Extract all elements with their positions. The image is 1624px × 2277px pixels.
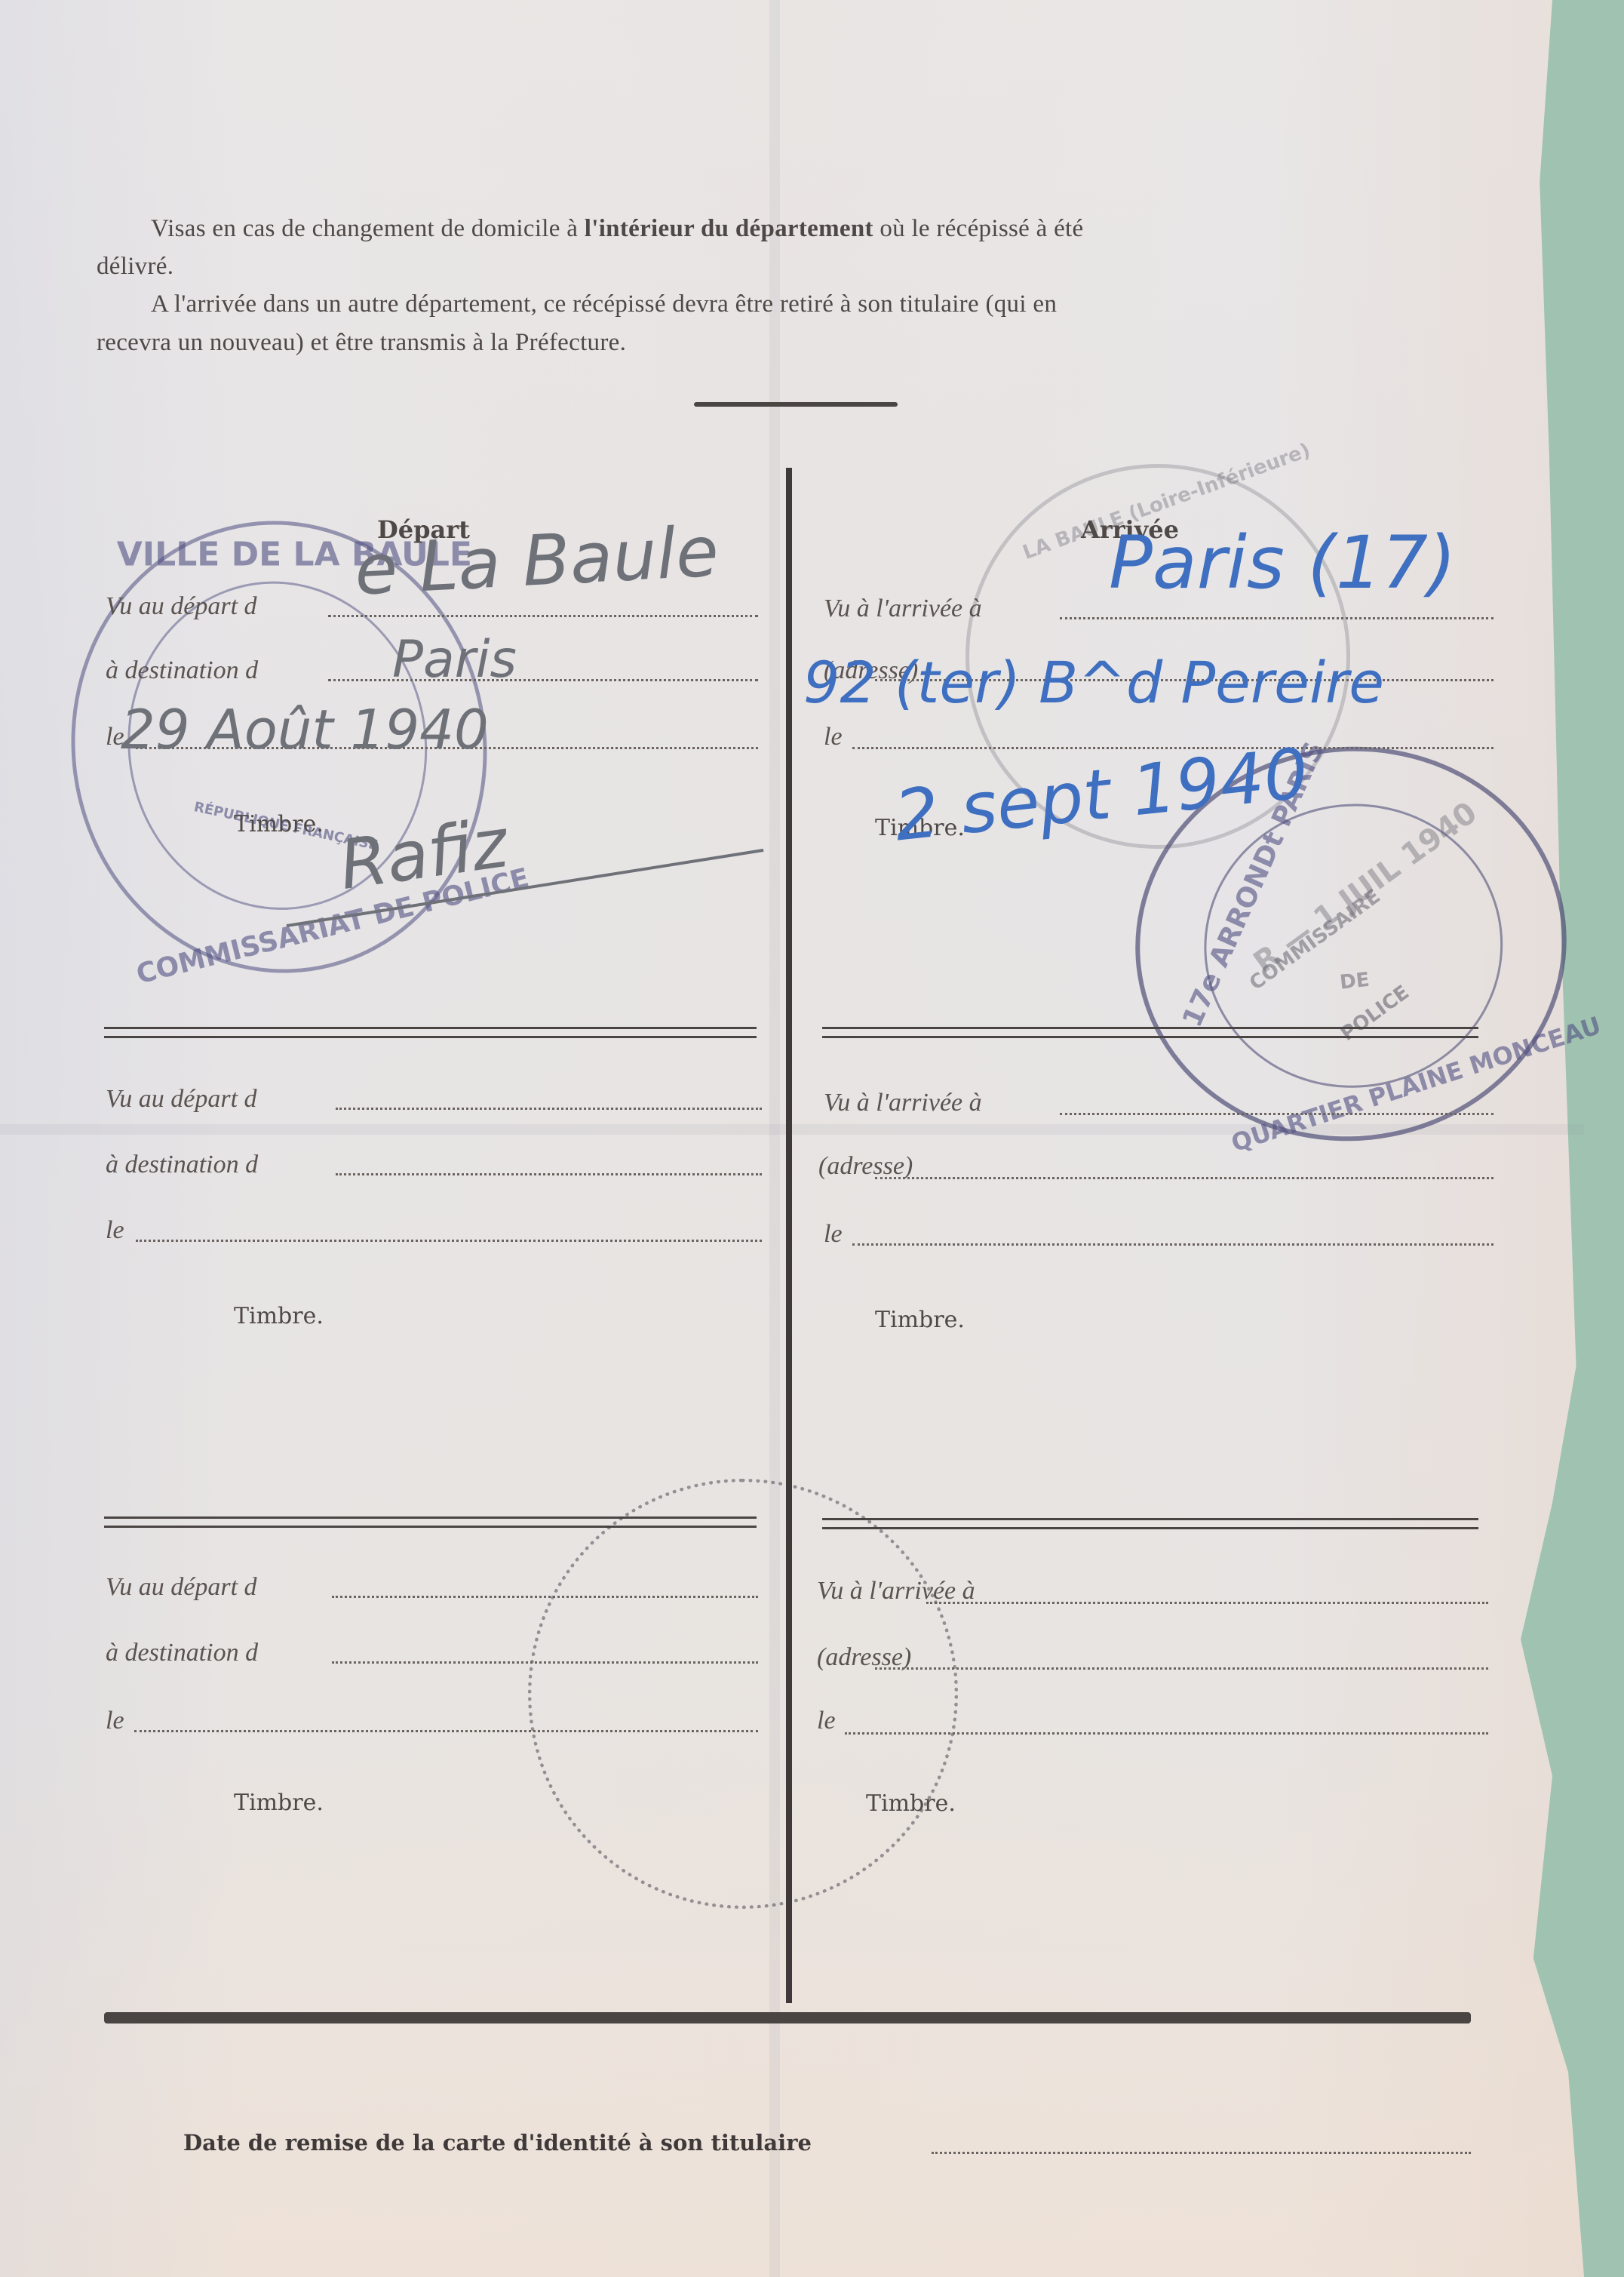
- field-vu-depart[interactable]: [336, 1108, 762, 1110]
- label-vu-depart: Vu au départ d: [106, 592, 257, 621]
- label-destination: à destination d: [106, 1639, 258, 1667]
- label-le: le: [817, 1707, 836, 1735]
- intro-line-4: recevra un nouveau) et être transmis à l…: [97, 329, 626, 357]
- stamp-faded-dotted: [528, 1479, 958, 1909]
- field-vu-depart[interactable]: [332, 1596, 758, 1598]
- field-le[interactable]: [136, 1240, 762, 1242]
- intro-line-3: A l'arrivée dans un autre département, c…: [151, 290, 1057, 318]
- field-vu-arrivee[interactable]: [1060, 617, 1494, 619]
- double-rule: [822, 1518, 1478, 1520]
- label-le: le: [824, 1220, 843, 1249]
- footer-field-date-remise[interactable]: [932, 2152, 1471, 2154]
- field-le[interactable]: [845, 1732, 1488, 1735]
- label-le: le: [106, 1216, 124, 1245]
- handwritten-destination: Paris: [392, 630, 517, 690]
- label-vu-arrivee: Vu à l'arrivée à: [824, 1089, 982, 1117]
- field-adresse[interactable]: [875, 1177, 1494, 1179]
- field-adresse[interactable]: [875, 1667, 1488, 1670]
- label-timbre: Timbre.: [234, 811, 324, 837]
- footer-label: Date de remise de la carte d'identité à …: [183, 2130, 812, 2156]
- label-le: le: [824, 723, 843, 751]
- label-timbre: Timbre.: [866, 1790, 956, 1817]
- double-rule: [104, 1036, 757, 1038]
- label-vu-arrivee: Vu à l'arrivée à: [824, 595, 982, 623]
- label-timbre: Timbre.: [234, 1303, 324, 1329]
- intro-text: où le récépissé à été: [873, 215, 1084, 242]
- paper-fold: [769, 0, 780, 2277]
- double-rule: [822, 1027, 1478, 1029]
- label-vu-depart: Vu au départ d: [106, 1573, 257, 1602]
- double-rule: [822, 1036, 1478, 1038]
- field-destination[interactable]: [332, 1661, 758, 1664]
- intro-text: Visas en cas de changement de domicile à: [151, 215, 585, 242]
- handwritten-adresse: 92 (ter) B^d Pereire: [803, 649, 1384, 716]
- bottom-thick-rule: [104, 2012, 1471, 2023]
- field-le[interactable]: [852, 1243, 1494, 1246]
- field-destination[interactable]: [336, 1173, 762, 1175]
- separator-short: [694, 402, 898, 407]
- field-vu-arrivee[interactable]: [1060, 1113, 1494, 1115]
- double-rule: [822, 1527, 1478, 1529]
- handwritten-date: 29 Août 1940: [121, 698, 489, 761]
- intro-line-2: délivré.: [97, 253, 173, 281]
- stamp-text-center-2: DE: [1339, 969, 1371, 994]
- intro-line-1: Visas en cas de changement de domicile à…: [151, 215, 1083, 243]
- intro-emphasis: l'intérieur du département: [585, 215, 873, 242]
- field-vu-arrivee[interactable]: [926, 1602, 1488, 1604]
- label-destination: à destination d: [106, 1151, 258, 1179]
- double-rule: [104, 1027, 757, 1029]
- label-timbre: Timbre.: [875, 1307, 965, 1333]
- label-destination: à destination d: [106, 656, 258, 685]
- field-le[interactable]: [134, 1730, 758, 1732]
- label-timbre: Timbre.: [234, 1790, 324, 1816]
- handwritten-vu-arrivee: Paris (17): [1109, 521, 1456, 605]
- field-vu-depart[interactable]: [328, 615, 758, 617]
- label-le: le: [106, 1707, 124, 1735]
- label-vu-depart: Vu au départ d: [106, 1085, 257, 1114]
